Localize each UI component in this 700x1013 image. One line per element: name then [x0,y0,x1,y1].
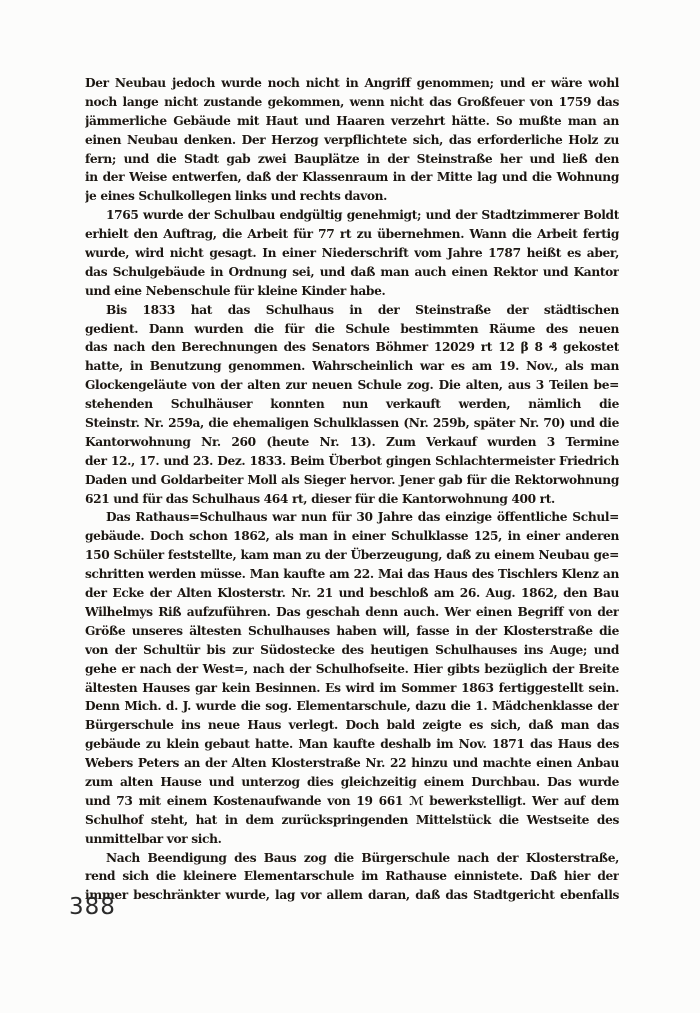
text-line: gebäude zu klein gebaut hatte. Man kauft… [85,735,619,754]
text-line: Steinstr. Nr. 259a, die ehemaligen Schul… [85,414,619,433]
text-line: Der Neubau jedoch wurde noch nicht in An… [85,74,619,93]
text-line: unmittelbar vor sich. [85,830,619,849]
text-line: und eine Nebenschule für kleine Kinder h… [85,282,619,301]
text-line: Das Rathaus=Schulhaus war nun für 30 Jah… [85,508,619,527]
text-line: einen Neubau denken. Der Herzog verpflic… [85,131,619,150]
text-line: immer beschränkter wurde, lag vor allem … [85,886,619,905]
text-line: 150 Schüler feststellte, kam man zu der … [85,546,619,565]
text-line: Denn Mich. d. J. wurde die sog. Elementa… [85,697,619,716]
text-line: noch lange nicht zustande gekommen, wenn… [85,93,619,112]
text-line: Schulhof steht, hat in dem zurückspringe… [85,811,619,830]
text-line: Wilhelmys Riß aufzuführen. Das geschah d… [85,603,619,622]
text-line: Kantorwohnung Nr. 260 (heute Nr. 13). Zu… [85,433,619,452]
text-line: je eines Schulkollegen links und rechts … [85,187,619,206]
text-line: erhielt den Auftrag, die Arbeit für 77 r… [85,225,619,244]
text-line: Bürgerschule ins neue Haus verlegt. Doch… [85,716,619,735]
text-line: rend sich die kleinere Elementarschule i… [85,867,619,886]
text-line: das nach den Berechnungen des Senators B… [85,338,619,357]
text-line: fern; und die Stadt gab zwei Bauplätze i… [85,150,619,169]
text-line: der Ecke der Alten Klosterstr. Nr. 21 un… [85,584,619,603]
text-line: der 12., 17. und 23. Dez. 1833. Beim Übe… [85,452,619,471]
text-line: in der Weise entwerfen, daß der Klassenr… [85,168,619,187]
text-line: gebäude. Doch schon 1862, als man in ein… [85,527,619,546]
text-line: Webers Peters an der Alten Klosterstraße… [85,754,619,773]
text-line: jämmerliche Gebäude mit Haut und Haaren … [85,112,619,131]
text-line: 621 und für das Schulhaus 464 rt, dieser… [85,490,619,509]
page-text: Der Neubau jedoch wurde noch nicht in An… [85,74,619,905]
text-line: zum alten Hause und unterzog dies gleich… [85,773,619,792]
text-line: Nach Beendigung des Baus zog die Bürgers… [85,849,619,868]
page-number: 388 [69,894,116,920]
text-line: Bis 1833 hat das Schulhaus in der Steins… [85,301,619,320]
text-line: das Schulgebäude in Ordnung sei, und daß… [85,263,619,282]
text-line: gedient. Dann wurden die für die Schule … [85,320,619,339]
text-line: von der Schultür bis zur Südostecke des … [85,641,619,660]
text-line: gehe er nach der West=, nach der Schulho… [85,660,619,679]
text-line: stehenden Schulhäuser konnten nun verkau… [85,395,619,414]
text-line: Daden und Goldarbeiter Moll als Sieger h… [85,471,619,490]
text-line: ältesten Hauses gar kein Besinnen. Es wi… [85,679,619,698]
book-page: Der Neubau jedoch wurde noch nicht in An… [0,0,700,1013]
text-line: 1765 wurde der Schulbau endgültig genehm… [85,206,619,225]
text-line: Glockengeläute von der alten zur neuen S… [85,376,619,395]
text-line: wurde, wird nicht gesagt. In einer Niede… [85,244,619,263]
text-line: hatte, in Benutzung genommen. Wahrschein… [85,357,619,376]
text-line: und 73 mit einem Kostenaufwande von 19 6… [85,792,619,811]
text-line: schritten werden müsse. Man kaufte am 22… [85,565,619,584]
text-line: Größe unseres ältesten Schulhauses haben… [85,622,619,641]
